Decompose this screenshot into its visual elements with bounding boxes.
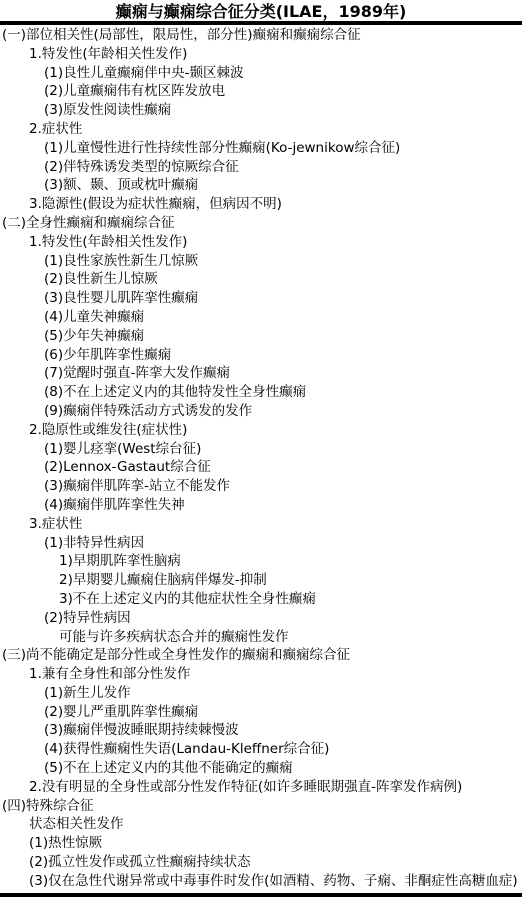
document-page: { "page": { "title": "癫痫与癫痫综合征分类(ILAE，19… (0, 0, 522, 899)
list-item: 可能与许多疾病状态合并的癫痫性发作 (0, 628, 522, 647)
list-item: (1)良性儿童癫痫伴中央-颞区棘波 (0, 64, 522, 83)
list-item: 2.隐原性或维发往(症状性) (0, 421, 522, 440)
list-item: (一)部位相关性(局部性，限局性，部分性)癫痫和癫痫综合征 (0, 26, 522, 45)
list-item: 状态相关性发作 (0, 815, 522, 834)
list-item: (1)新生儿发作 (0, 684, 522, 703)
list-item: (3)癫痫伴肌阵挛-站立不能发作 (0, 477, 522, 496)
list-item: 3)不在上述定义内的其他症状性全身性癫痫 (0, 590, 522, 609)
list-item: 2.没有明显的全身性或部分性发作特征(如许多睡眠期强直-阵挛发作病例) (0, 778, 522, 797)
list-item: (2)孤立性发作或孤立性癫痫持续状态 (0, 853, 522, 872)
list-item: (3)额、颞、顶或枕叶癫痫 (0, 176, 522, 195)
list-item: (4)癫痫伴肌阵挛性失神 (0, 496, 522, 515)
list-item: (2)儿童癫痫伟有枕区阵发放电 (0, 82, 522, 101)
list-item: (6)少年肌阵挛性癫痫 (0, 346, 522, 365)
list-item: 3.隐源性(假设为症状性癫痫，但病因不明) (0, 195, 522, 214)
list-item: (1)婴儿痉挛(West综台征) (0, 440, 522, 459)
bottom-rule (0, 893, 522, 897)
list-item: (2)良性新生儿惊厥 (0, 270, 522, 289)
list-item: (三)尚不能确定是部分性或全身性发作的癫痫和癫痫综合征 (0, 646, 522, 665)
list-item: (1)良性家族性新生几惊厥 (0, 252, 522, 271)
list-item: (4)儿童失神癫痫 (0, 308, 522, 327)
list-item: (5)少年失神癫痫 (0, 327, 522, 346)
list-item: 2)早期婴儿癫痫住脑病伴爆发-抑制 (0, 571, 522, 590)
list-item: (3)仅在急性代谢异常或中毒事件时发作(如酒精、药物、子痫、非酮症性高糖血症) (0, 872, 522, 891)
list-item: (9)癫痫伴特殊活动方式诱发的发作 (0, 402, 522, 421)
list-item: (3)原发性阅读性癫痫 (0, 101, 522, 120)
list-item: (8)不在上述定义内的其他特发性全身性癫痫 (0, 383, 522, 402)
list-item: 1.特发性(年龄相关性发作) (0, 233, 522, 252)
classification-list: (一)部位相关性(局部性，限局性，部分性)癫痫和癫痫综合征1.特发性(年龄相关性… (0, 25, 522, 891)
list-item: (二)全身性癫痫和癫痫综合征 (0, 214, 522, 233)
list-item: (四)特殊综合征 (0, 797, 522, 816)
list-item: (2)婴儿严重肌阵挛性癫痫 (0, 703, 522, 722)
list-item: (1)非特异性病因 (0, 534, 522, 553)
list-item: 1.兼有全身性和部分性发作 (0, 665, 522, 684)
list-item: (1)儿童慢性进行性持续性部分性癫痫(Ko-jewnikow综合征) (0, 139, 522, 158)
page-title: 癫痫与癫痫综合征分类(ILAE，1989年) (0, 0, 522, 25)
list-item: (3)癫痫伴慢波睡眠期持续棘慢波 (0, 721, 522, 740)
list-item: (7)觉醒时强直-阵挛大发作癫痫 (0, 364, 522, 383)
list-item: (4)获得性癫痫性失语(Landau-Kleffner综合征) (0, 740, 522, 759)
list-item: (3)良性婴儿肌阵挛性癫痫 (0, 289, 522, 308)
list-item: 3.症状性 (0, 515, 522, 534)
list-item: (1)热性惊厥 (0, 834, 522, 853)
list-item: 2.症状性 (0, 120, 522, 139)
list-item: 1.特发性(年龄相关性发作) (0, 45, 522, 64)
list-item: (2)Lennox-Gastaut综合征 (0, 458, 522, 477)
list-item: (2)伴特殊诱发类型的惊厥综合征 (0, 158, 522, 177)
list-item: (2)特异性病因 (0, 609, 522, 628)
list-item: 1)早期肌阵挛性脑病 (0, 552, 522, 571)
list-item: (5)不在上述定义内的其他不能确定的癫痫 (0, 759, 522, 778)
